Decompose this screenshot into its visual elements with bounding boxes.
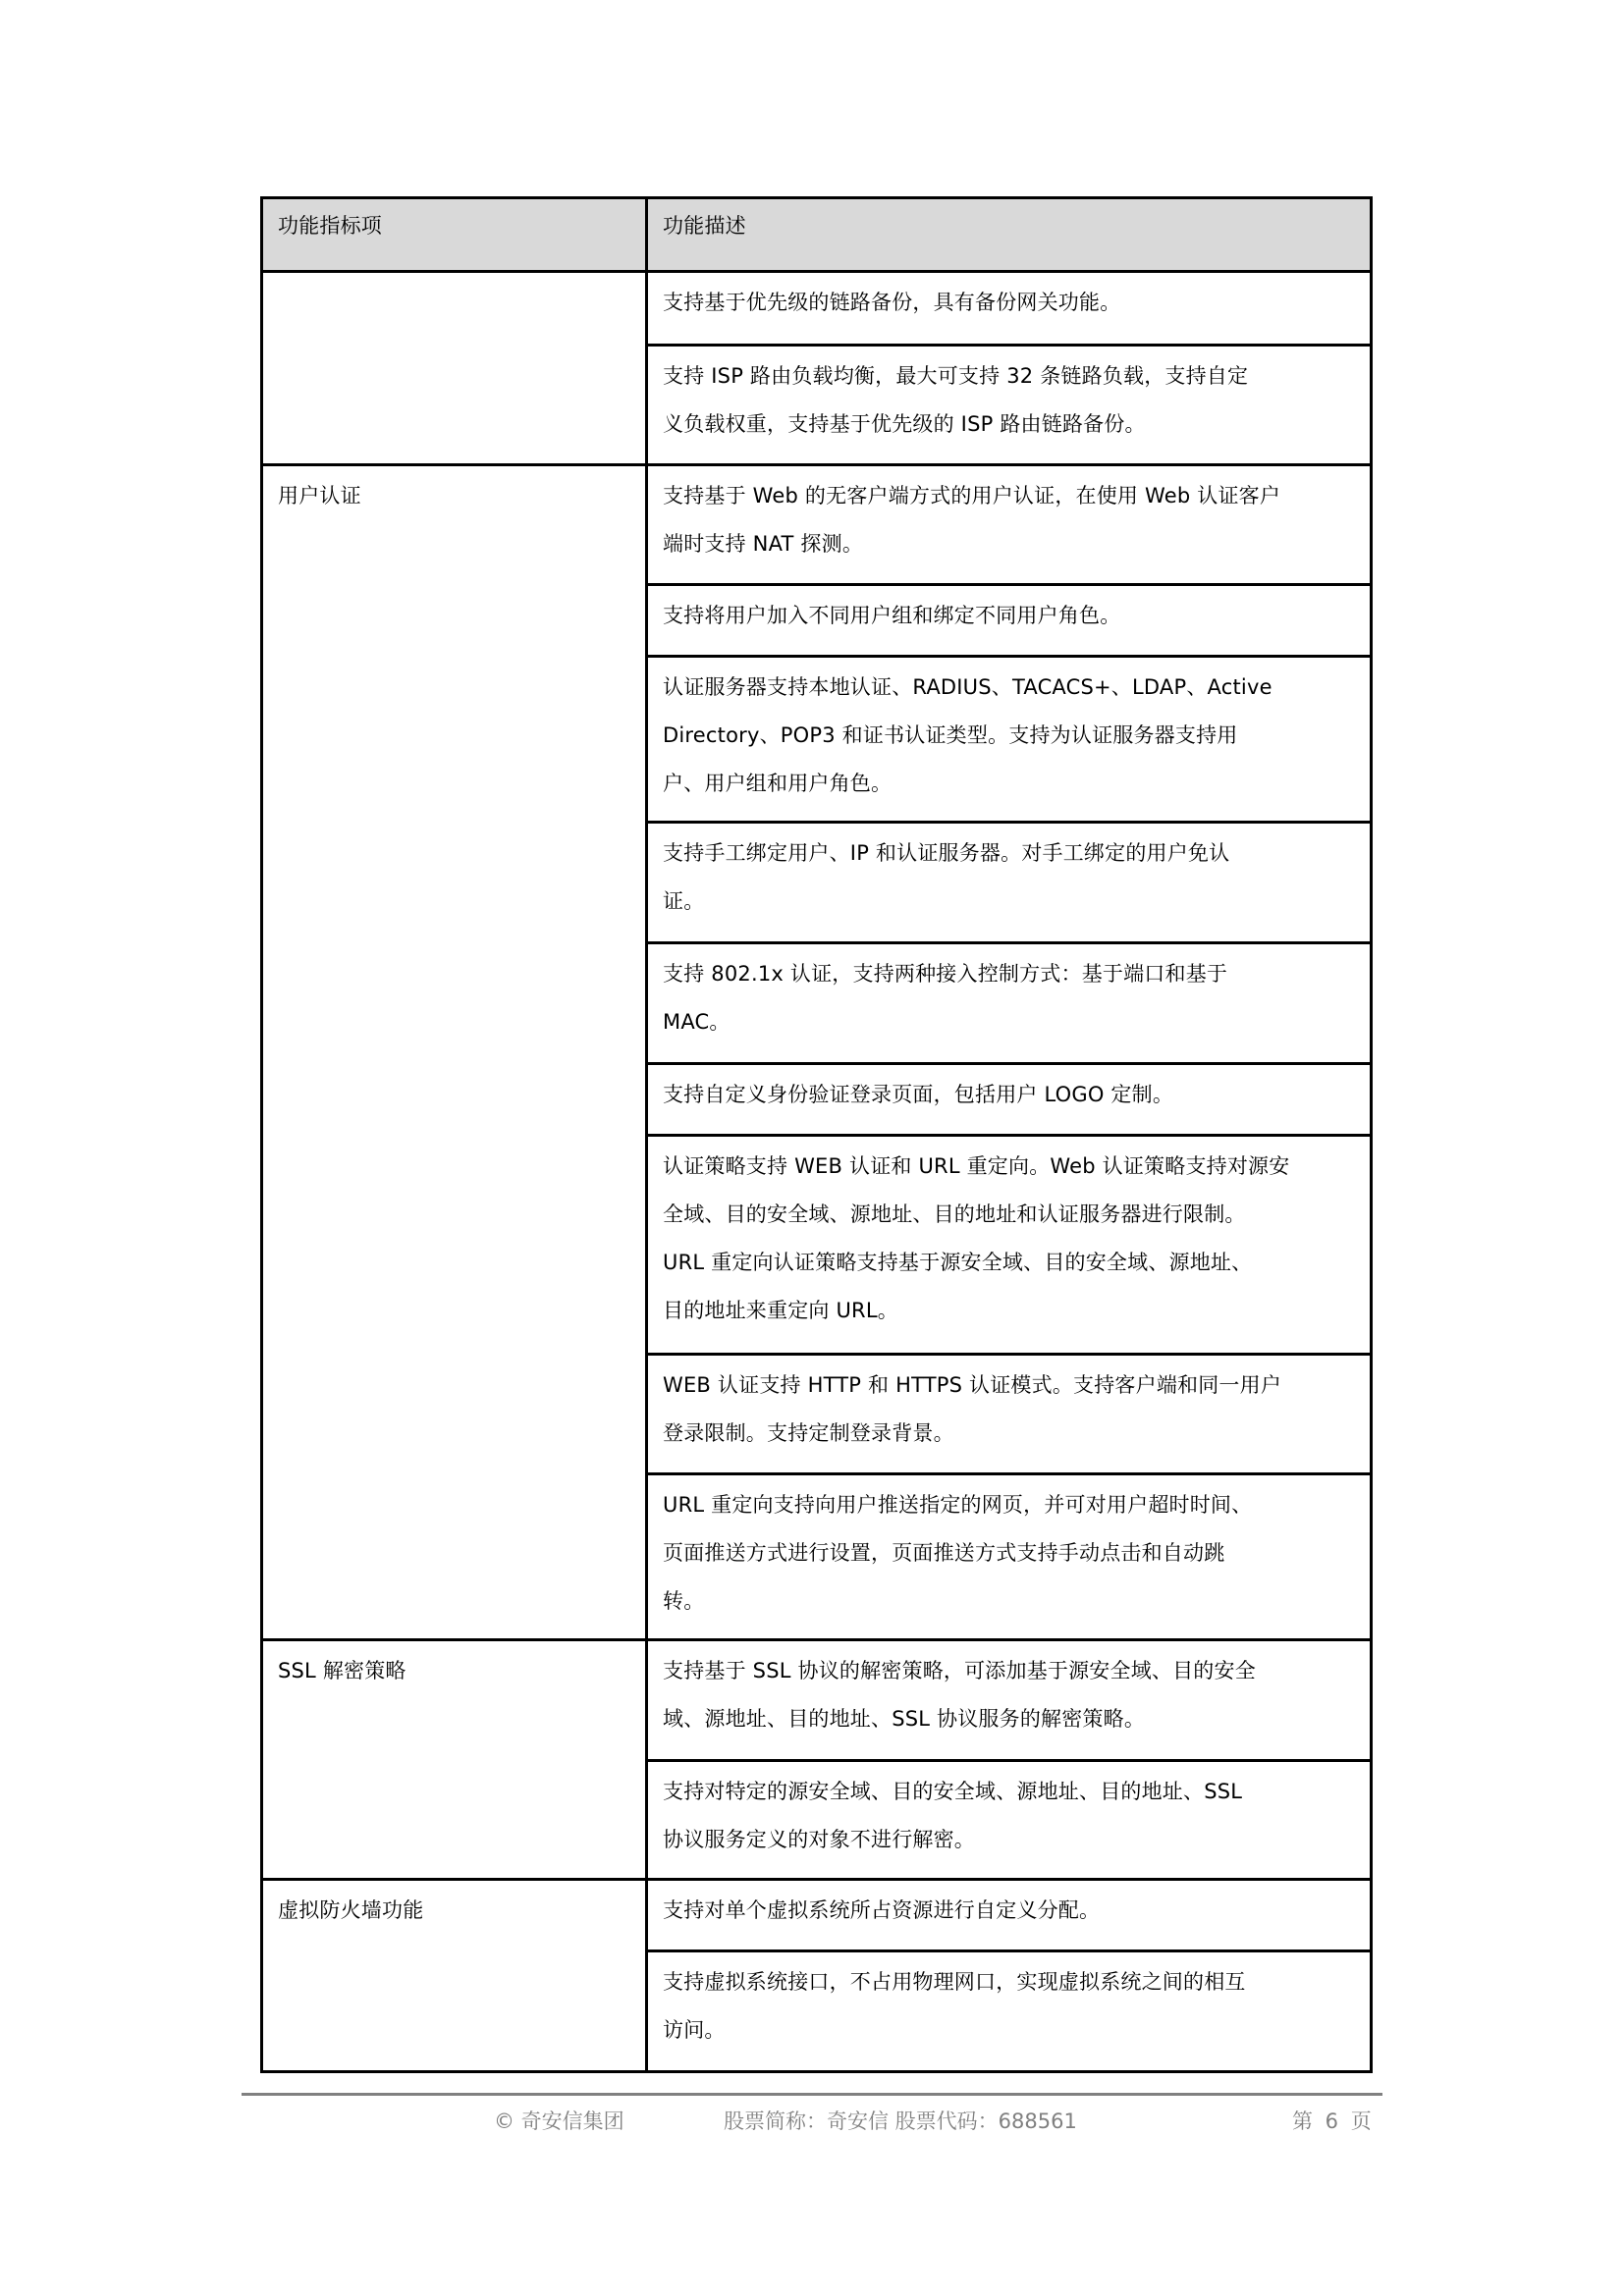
feature-item-label: SSL 解密策略 xyxy=(278,1641,631,1695)
feature-description: 认证策略支持 WEB 认证和 URL 重定向。Web 认证策略支持对源安全域、目… xyxy=(663,1137,1356,1335)
feature-description: 支持 802.1x 认证，支持两种接入控制方式：基于端口和基于MAC。 xyxy=(663,944,1356,1046)
description-line: URL 重定向支持向用户推送指定的网页，并可对用户超时时间、 xyxy=(663,1481,1356,1529)
description-line: 协议服务定义的对象不进行解密。 xyxy=(663,1816,1356,1864)
feature-description-cell: 支持自定义身份验证登录页面，包括用户 LOGO 定制。 xyxy=(647,1064,1372,1136)
feature-description-cell: 支持基于优先级的链路备份，具有备份网关功能。 xyxy=(647,272,1372,346)
description-line: Directory、POP3 和证书认证类型。支持为认证服务器支持用 xyxy=(663,712,1356,760)
description-line: 户、用户组和用户角色。 xyxy=(663,760,1356,808)
feature-description: 支持基于优先级的链路备份，具有备份网关功能。 xyxy=(663,273,1356,327)
footer-stock-info: 股票简称：奇安信 股票代码：688561 xyxy=(724,2107,1077,2136)
feature-item-label xyxy=(278,273,631,279)
feature-description: 支持对特定的源安全域、目的安全域、源地址、目的地址、SSL协议服务定义的对象不进… xyxy=(663,1762,1356,1864)
description-line: 转。 xyxy=(663,1577,1356,1626)
table-row: 用户认证支持基于 Web 的无客户端方式的用户认证，在使用 Web 认证客户端时… xyxy=(262,465,1372,585)
feature-description: 支持手工绑定用户、IP 和认证服务器。对手工绑定的用户免认证。 xyxy=(663,824,1356,926)
feature-description-cell: 支持将用户加入不同用户组和绑定不同用户角色。 xyxy=(647,585,1372,657)
description-line: 认证服务器支持本地认证、RADIUS、TACACS+、LDAP、Active xyxy=(663,664,1356,712)
description-line: 支持手工绑定用户、IP 和认证服务器。对手工绑定的用户免认 xyxy=(663,829,1356,878)
feature-description-cell: 支持基于 SSL 协议的解密策略，可添加基于源安全域、目的安全域、源地址、目的地… xyxy=(647,1640,1372,1761)
description-line: 支持基于 Web 的无客户端方式的用户认证，在使用 Web 认证客户 xyxy=(663,472,1356,520)
feature-item-label: 用户认证 xyxy=(278,466,631,520)
feature-description-cell: 认证策略支持 WEB 认证和 URL 重定向。Web 认证策略支持对源安全域、目… xyxy=(647,1136,1372,1355)
description-line: 证。 xyxy=(663,878,1356,926)
feature-spec-table: 功能指标项 功能描述 支持基于优先级的链路备份，具有备份网关功能。支持 ISP … xyxy=(260,196,1373,2073)
feature-description-cell: 认证服务器支持本地认证、RADIUS、TACACS+、LDAP、ActiveDi… xyxy=(647,657,1372,823)
description-line: 全域、目的安全域、源地址、目的地址和认证服务器进行限制。 xyxy=(663,1191,1356,1239)
feature-description: 认证服务器支持本地认证、RADIUS、TACACS+、LDAP、ActiveDi… xyxy=(663,658,1356,808)
description-line: 支持虚拟系统接口，不占用物理网口，实现虚拟系统之间的相互 xyxy=(663,1958,1356,2006)
feature-description-cell: 支持 802.1x 认证，支持两种接入控制方式：基于端口和基于MAC。 xyxy=(647,943,1372,1064)
description-line: WEB 认证支持 HTTP 和 HTTPS 认证模式。支持客户端和同一用户 xyxy=(663,1362,1356,1410)
description-line: 端时支持 NAT 探测。 xyxy=(663,520,1356,568)
feature-description-cell: 支持对特定的源安全域、目的安全域、源地址、目的地址、SSL协议服务定义的对象不进… xyxy=(647,1761,1372,1880)
header-feature-description-label: 功能描述 xyxy=(663,199,1356,250)
feature-description: WEB 认证支持 HTTP 和 HTTPS 认证模式。支持客户端和同一用户登录限… xyxy=(663,1356,1356,1458)
description-line: 支持对单个虚拟系统所占资源进行自定义分配。 xyxy=(663,1887,1356,1935)
feature-description-cell: 支持手工绑定用户、IP 和认证服务器。对手工绑定的用户免认证。 xyxy=(647,823,1372,943)
document-page: 功能指标项 功能描述 支持基于优先级的链路备份，具有备份网关功能。支持 ISP … xyxy=(0,0,1624,2296)
description-line: 页面推送方式进行设置，页面推送方式支持手动点击和自动跳 xyxy=(663,1529,1356,1577)
description-line: 支持对特定的源安全域、目的安全域、源地址、目的地址、SSL xyxy=(663,1768,1356,1816)
table-row: 支持基于优先级的链路备份，具有备份网关功能。 xyxy=(262,272,1372,346)
description-line: 支持 ISP 路由负载均衡，最大可支持 32 条链路负载，支持自定 xyxy=(663,352,1356,400)
feature-description: 支持自定义身份验证登录页面，包括用户 LOGO 定制。 xyxy=(663,1065,1356,1119)
feature-description-cell: 支持对单个虚拟系统所占资源进行自定义分配。 xyxy=(647,1880,1372,1951)
description-line: 支持自定义身份验证登录页面，包括用户 LOGO 定制。 xyxy=(663,1071,1356,1119)
description-line: 支持 802.1x 认证，支持两种接入控制方式：基于端口和基于 xyxy=(663,950,1356,998)
table-row: 虚拟防火墙功能支持对单个虚拟系统所占资源进行自定义分配。 xyxy=(262,1880,1372,1951)
table-header-row: 功能指标项 功能描述 xyxy=(262,198,1372,272)
feature-description-cell: WEB 认证支持 HTTP 和 HTTPS 认证模式。支持客户端和同一用户登录限… xyxy=(647,1355,1372,1474)
feature-description: 支持虚拟系统接口，不占用物理网口，实现虚拟系统之间的相互访问。 xyxy=(663,1952,1356,2055)
footer-page-number: 第 6 页 xyxy=(1292,2107,1372,2136)
description-line: 支持基于 SSL 协议的解密策略，可添加基于源安全域、目的安全 xyxy=(663,1647,1356,1695)
feature-description: URL 重定向支持向用户推送指定的网页，并可对用户超时时间、页面推送方式进行设置… xyxy=(663,1475,1356,1626)
description-line: 目的地址来重定向 URL。 xyxy=(663,1287,1356,1335)
header-feature-description: 功能描述 xyxy=(647,198,1372,272)
feature-item-cell: SSL 解密策略 xyxy=(262,1640,647,1880)
description-line: URL 重定向认证策略支持基于源安全域、目的安全域、源地址、 xyxy=(663,1239,1356,1287)
header-feature-item-label: 功能指标项 xyxy=(278,199,631,250)
feature-description-cell: 支持 ISP 路由负载均衡，最大可支持 32 条链路负载，支持自定义负载权重，支… xyxy=(647,346,1372,465)
feature-item-cell: 用户认证 xyxy=(262,465,647,1640)
description-line: 域、源地址、目的地址、SSL 协议服务的解密策略。 xyxy=(663,1695,1356,1743)
feature-description: 支持对单个虚拟系统所占资源进行自定义分配。 xyxy=(663,1881,1356,1935)
feature-item-label: 虚拟防火墙功能 xyxy=(278,1881,631,1935)
feature-description: 支持基于 Web 的无客户端方式的用户认证，在使用 Web 认证客户端时支持 N… xyxy=(663,466,1356,568)
description-line: 支持基于优先级的链路备份，具有备份网关功能。 xyxy=(663,279,1356,327)
feature-item-cell: 虚拟防火墙功能 xyxy=(262,1880,647,2072)
feature-description-cell: URL 重定向支持向用户推送指定的网页，并可对用户超时时间、页面推送方式进行设置… xyxy=(647,1474,1372,1640)
feature-description-cell: 支持虚拟系统接口，不占用物理网口，实现虚拟系统之间的相互访问。 xyxy=(647,1951,1372,2072)
feature-item-cell xyxy=(262,272,647,465)
feature-description: 支持基于 SSL 协议的解密策略，可添加基于源安全域、目的安全域、源地址、目的地… xyxy=(663,1641,1356,1743)
description-line: 认证策略支持 WEB 认证和 URL 重定向。Web 认证策略支持对源安 xyxy=(663,1143,1356,1191)
feature-description-cell: 支持基于 Web 的无客户端方式的用户认证，在使用 Web 认证客户端时支持 N… xyxy=(647,465,1372,585)
header-feature-item: 功能指标项 xyxy=(262,198,647,272)
feature-description: 支持将用户加入不同用户组和绑定不同用户角色。 xyxy=(663,586,1356,640)
description-line: 访问。 xyxy=(663,2006,1356,2055)
description-line: 支持将用户加入不同用户组和绑定不同用户角色。 xyxy=(663,592,1356,640)
table-row: SSL 解密策略支持基于 SSL 协议的解密策略，可添加基于源安全域、目的安全域… xyxy=(262,1640,1372,1761)
description-line: 义负载权重，支持基于优先级的 ISP 路由链路备份。 xyxy=(663,400,1356,449)
description-line: 登录限制。支持定制登录背景。 xyxy=(663,1410,1356,1458)
footer-divider xyxy=(242,2093,1382,2096)
table-body: 支持基于优先级的链路备份，具有备份网关功能。支持 ISP 路由负载均衡，最大可支… xyxy=(262,272,1372,2072)
footer-copyright: © 奇安信集团 xyxy=(494,2107,624,2136)
feature-description: 支持 ISP 路由负载均衡，最大可支持 32 条链路负载，支持自定义负载权重，支… xyxy=(663,347,1356,449)
description-line: MAC。 xyxy=(663,998,1356,1046)
